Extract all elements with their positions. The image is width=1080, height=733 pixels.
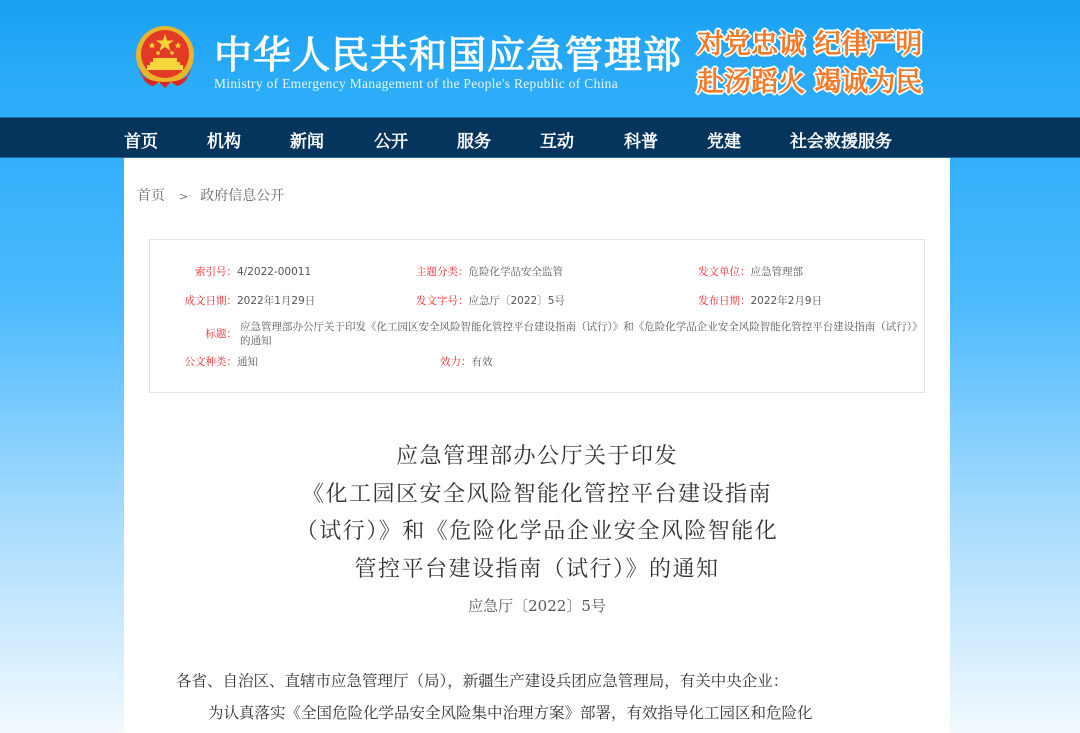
meta-publish-date: 发布日期：2022年2月9日 (698, 293, 822, 308)
document-title-line: 管控平台建设指南（试行）》的通知 (224, 551, 850, 589)
breadcrumb-current[interactable]: 政府信息公开 (200, 188, 284, 204)
nav-item-public[interactable]: 公开 (374, 127, 408, 152)
document-body: 各省、自治区、直辖市应急管理厅（局），新疆生产建设兵团应急管理局，有关中央企业：… (176, 665, 916, 729)
site-header: 中华人民共和国应急管理部 Ministry of Emergency Manag… (0, 0, 1080, 117)
meta-doc-type: 公文种类：通知 (174, 354, 258, 369)
content-panel: 首页>政府信息公开 索引号：4/2022-00011 主题分类：危险化学品安全监… (124, 158, 950, 733)
document-number: 应急厅〔2022〕5号 (224, 595, 850, 616)
meta-index-number: 索引号：4/2022-00011 (174, 264, 311, 279)
slogan-line-2: 赴汤蹈火 竭诚为民 (697, 60, 937, 99)
meta-validity: 效力：有效 (440, 354, 493, 369)
breadcrumb-home-link[interactable]: 首页 (137, 188, 165, 204)
document-metadata-box: 索引号：4/2022-00011 主题分类：危险化学品安全监管 发文单位：应急管… (149, 239, 925, 393)
nav-item-interaction[interactable]: 互动 (540, 127, 574, 152)
meta-publish-date-label: 发布日期： (698, 295, 751, 307)
meta-validity-value: 有效 (472, 356, 493, 368)
meta-written-date-value: 2022年1月29日 (237, 295, 315, 307)
document-title-line: 应急管理部办公厅关于印发 (224, 438, 850, 476)
nav-item-rescue-services[interactable]: 社会救援服务 (790, 127, 892, 152)
document-paragraph: 为认真落实《全国危险化学品安全风险集中治理方案》部署，有效指导化工园区和危险化 (176, 697, 916, 729)
meta-doc-type-label: 公文种类： (174, 354, 237, 369)
document-title-line: 《化工园区安全风险智能化管控平台建设指南 (224, 476, 850, 514)
nav-item-organization[interactable]: 机构 (207, 127, 241, 152)
document-title-line: （试行）》和《危险化学品企业安全风险智能化 (224, 513, 850, 551)
meta-topic-label: 主题分类： (416, 266, 469, 278)
meta-validity-label: 效力： (440, 356, 472, 368)
meta-issuer-label: 发文单位： (698, 266, 751, 278)
breadcrumb-separator-icon: > (179, 190, 188, 203)
meta-topic-value: 危险化学品安全监管 (469, 266, 564, 278)
meta-issuer: 发文单位：应急管理部 (698, 264, 803, 279)
site-title[interactable]: 中华人民共和国应急管理部 (214, 24, 682, 79)
meta-doc-number-value: 应急厅〔2022〕5号 (469, 295, 565, 307)
nav-item-services[interactable]: 服务 (457, 127, 491, 152)
meta-doc-number-label: 发文字号： (416, 295, 469, 307)
meta-publish-date-value: 2022年2月9日 (751, 295, 823, 307)
site-subtitle: Ministry of Emergency Management of the … (214, 76, 618, 92)
meta-written-date: 成文日期：2022年1月29日 (174, 293, 315, 308)
breadcrumb: 首页>政府信息公开 (137, 185, 284, 205)
nav-item-science[interactable]: 科普 (624, 127, 658, 152)
document-title: 应急管理部办公厅关于印发 《化工园区安全风险智能化管控平台建设指南 （试行）》和… (224, 438, 850, 588)
meta-title-label: 标题： (174, 326, 237, 341)
meta-issuer-value: 应急管理部 (751, 266, 804, 278)
meta-topic: 主题分类：危险化学品安全监管 (416, 264, 563, 279)
meta-doc-number: 发文字号：应急厅〔2022〕5号 (416, 293, 565, 308)
national-emblem-icon[interactable] (133, 24, 197, 92)
slogan-line-1: 对党忠诚 纪律严明 (697, 22, 937, 61)
nav-item-news[interactable]: 新闻 (290, 127, 324, 152)
document-salutation: 各省、自治区、直辖市应急管理厅（局），新疆生产建设兵团应急管理局，有关中央企业： (176, 665, 916, 697)
meta-written-date-label: 成文日期： (174, 293, 237, 308)
meta-index-label: 索引号： (174, 264, 237, 279)
main-nav: 首页 机构 新闻 公开 服务 互动 科普 党建 社会救援服务 (0, 117, 1080, 158)
meta-doc-type-value: 通知 (237, 356, 258, 368)
nav-item-home[interactable]: 首页 (124, 127, 158, 152)
nav-item-party[interactable]: 党建 (707, 127, 741, 152)
meta-index-value: 4/2022-00011 (237, 266, 311, 278)
meta-title-value: 应急管理部办公厅关于印发《化工园区安全风险智能化管控平台建设指南（试行）》和《危… (240, 320, 920, 348)
